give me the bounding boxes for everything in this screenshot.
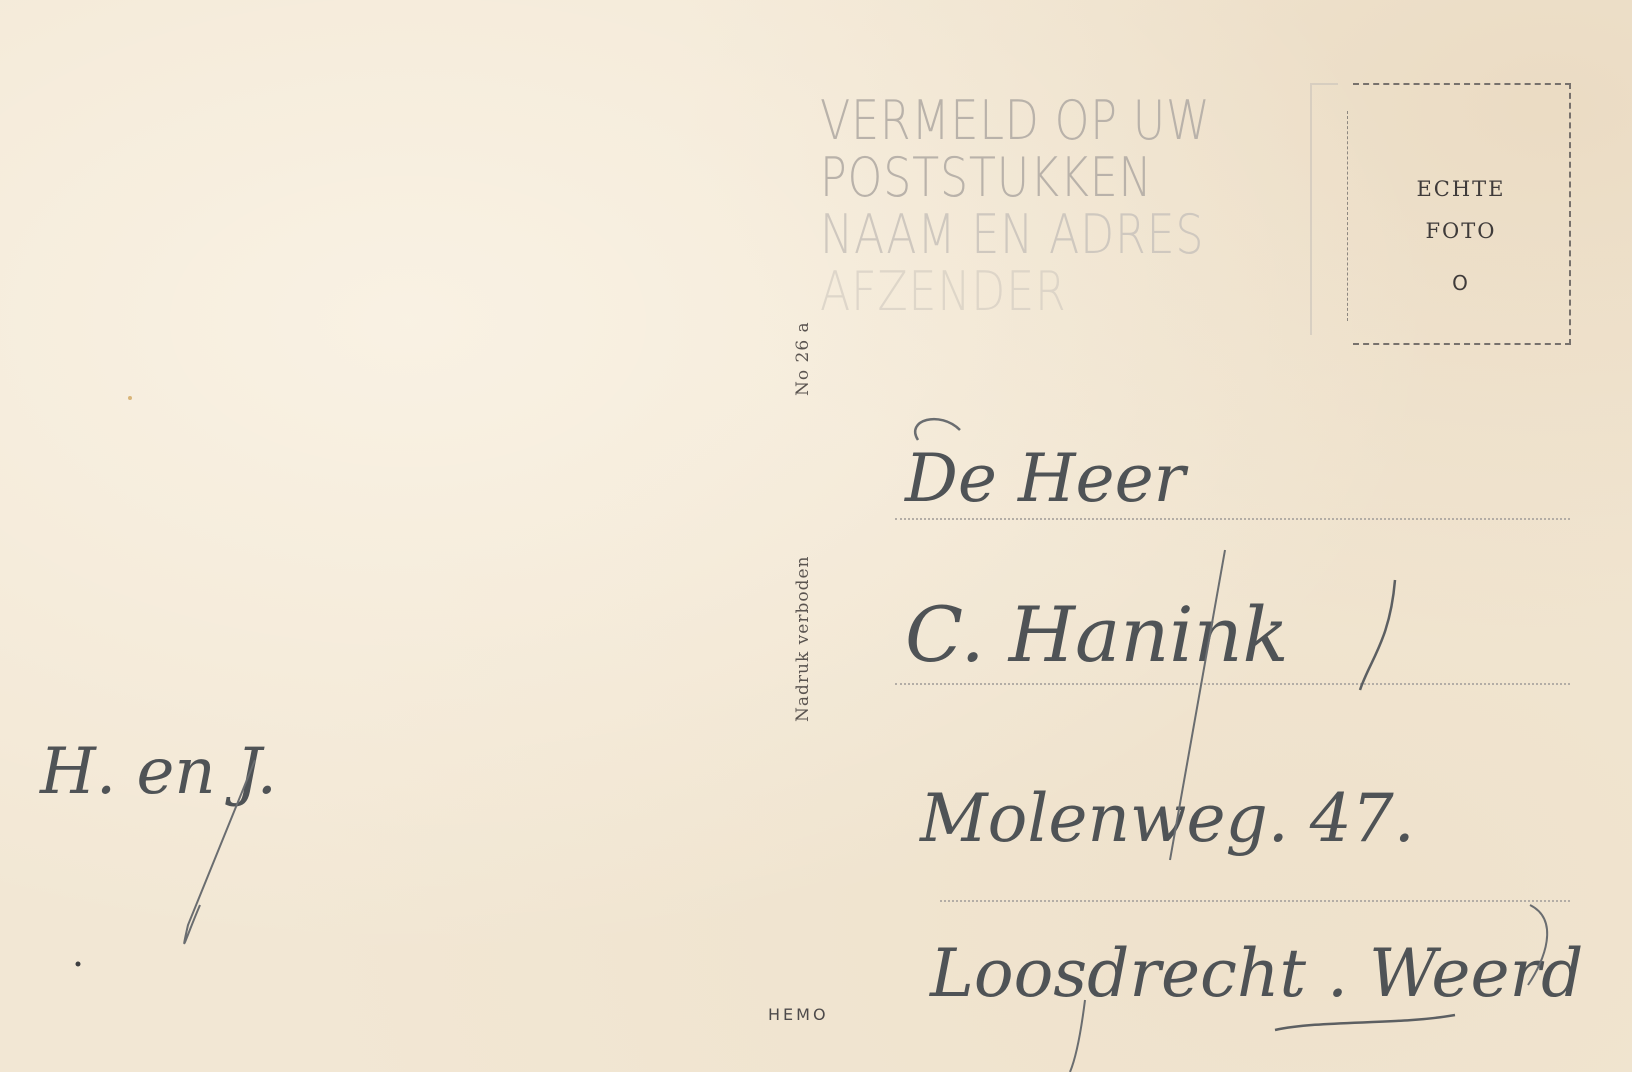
postcard-back: VERMELD OP UW POSTSTUKKEN NAAM EN ADRES …: [0, 0, 1632, 1072]
postmark-line-1: VERMELD OP UW: [820, 92, 1189, 149]
address-line-3: Molenweg. 47.: [920, 780, 1415, 857]
address-line-4: Loosdrecht . Weerd: [930, 935, 1583, 1012]
copyright-notice: Nadruk verboden: [793, 556, 813, 722]
signature: H. en J.: [40, 735, 277, 809]
address-line-rule-3: [940, 900, 1570, 902]
postmark-line-3: NAAM EN ADRES: [820, 206, 1189, 263]
stamp-box: ECHTE FOTO O: [1353, 83, 1571, 345]
stamp-label-echte: ECHTE: [1353, 177, 1569, 201]
postmark-line-2: POSTSTUKKEN: [820, 149, 1189, 206]
stamp-box-left-edge: [1347, 111, 1348, 321]
publisher-brand: HEMO: [768, 1005, 829, 1024]
postmark-slogan: VERMELD OP UW POSTSTUKKEN NAAM EN ADRES …: [820, 92, 1189, 320]
address-line-1: De Heer: [905, 440, 1185, 517]
circle-icon: O: [1353, 271, 1569, 295]
address-line-rule-1: [895, 518, 1570, 520]
postmark-line-4: AFZENDER: [820, 263, 1189, 320]
address-line-2: C. Hanink: [905, 590, 1289, 679]
postmark-frame: [1310, 83, 1338, 335]
address-line-rule-2: [895, 683, 1570, 685]
stamp-label-foto: FOTO: [1353, 219, 1569, 243]
card-number: No 26 a: [793, 321, 813, 396]
